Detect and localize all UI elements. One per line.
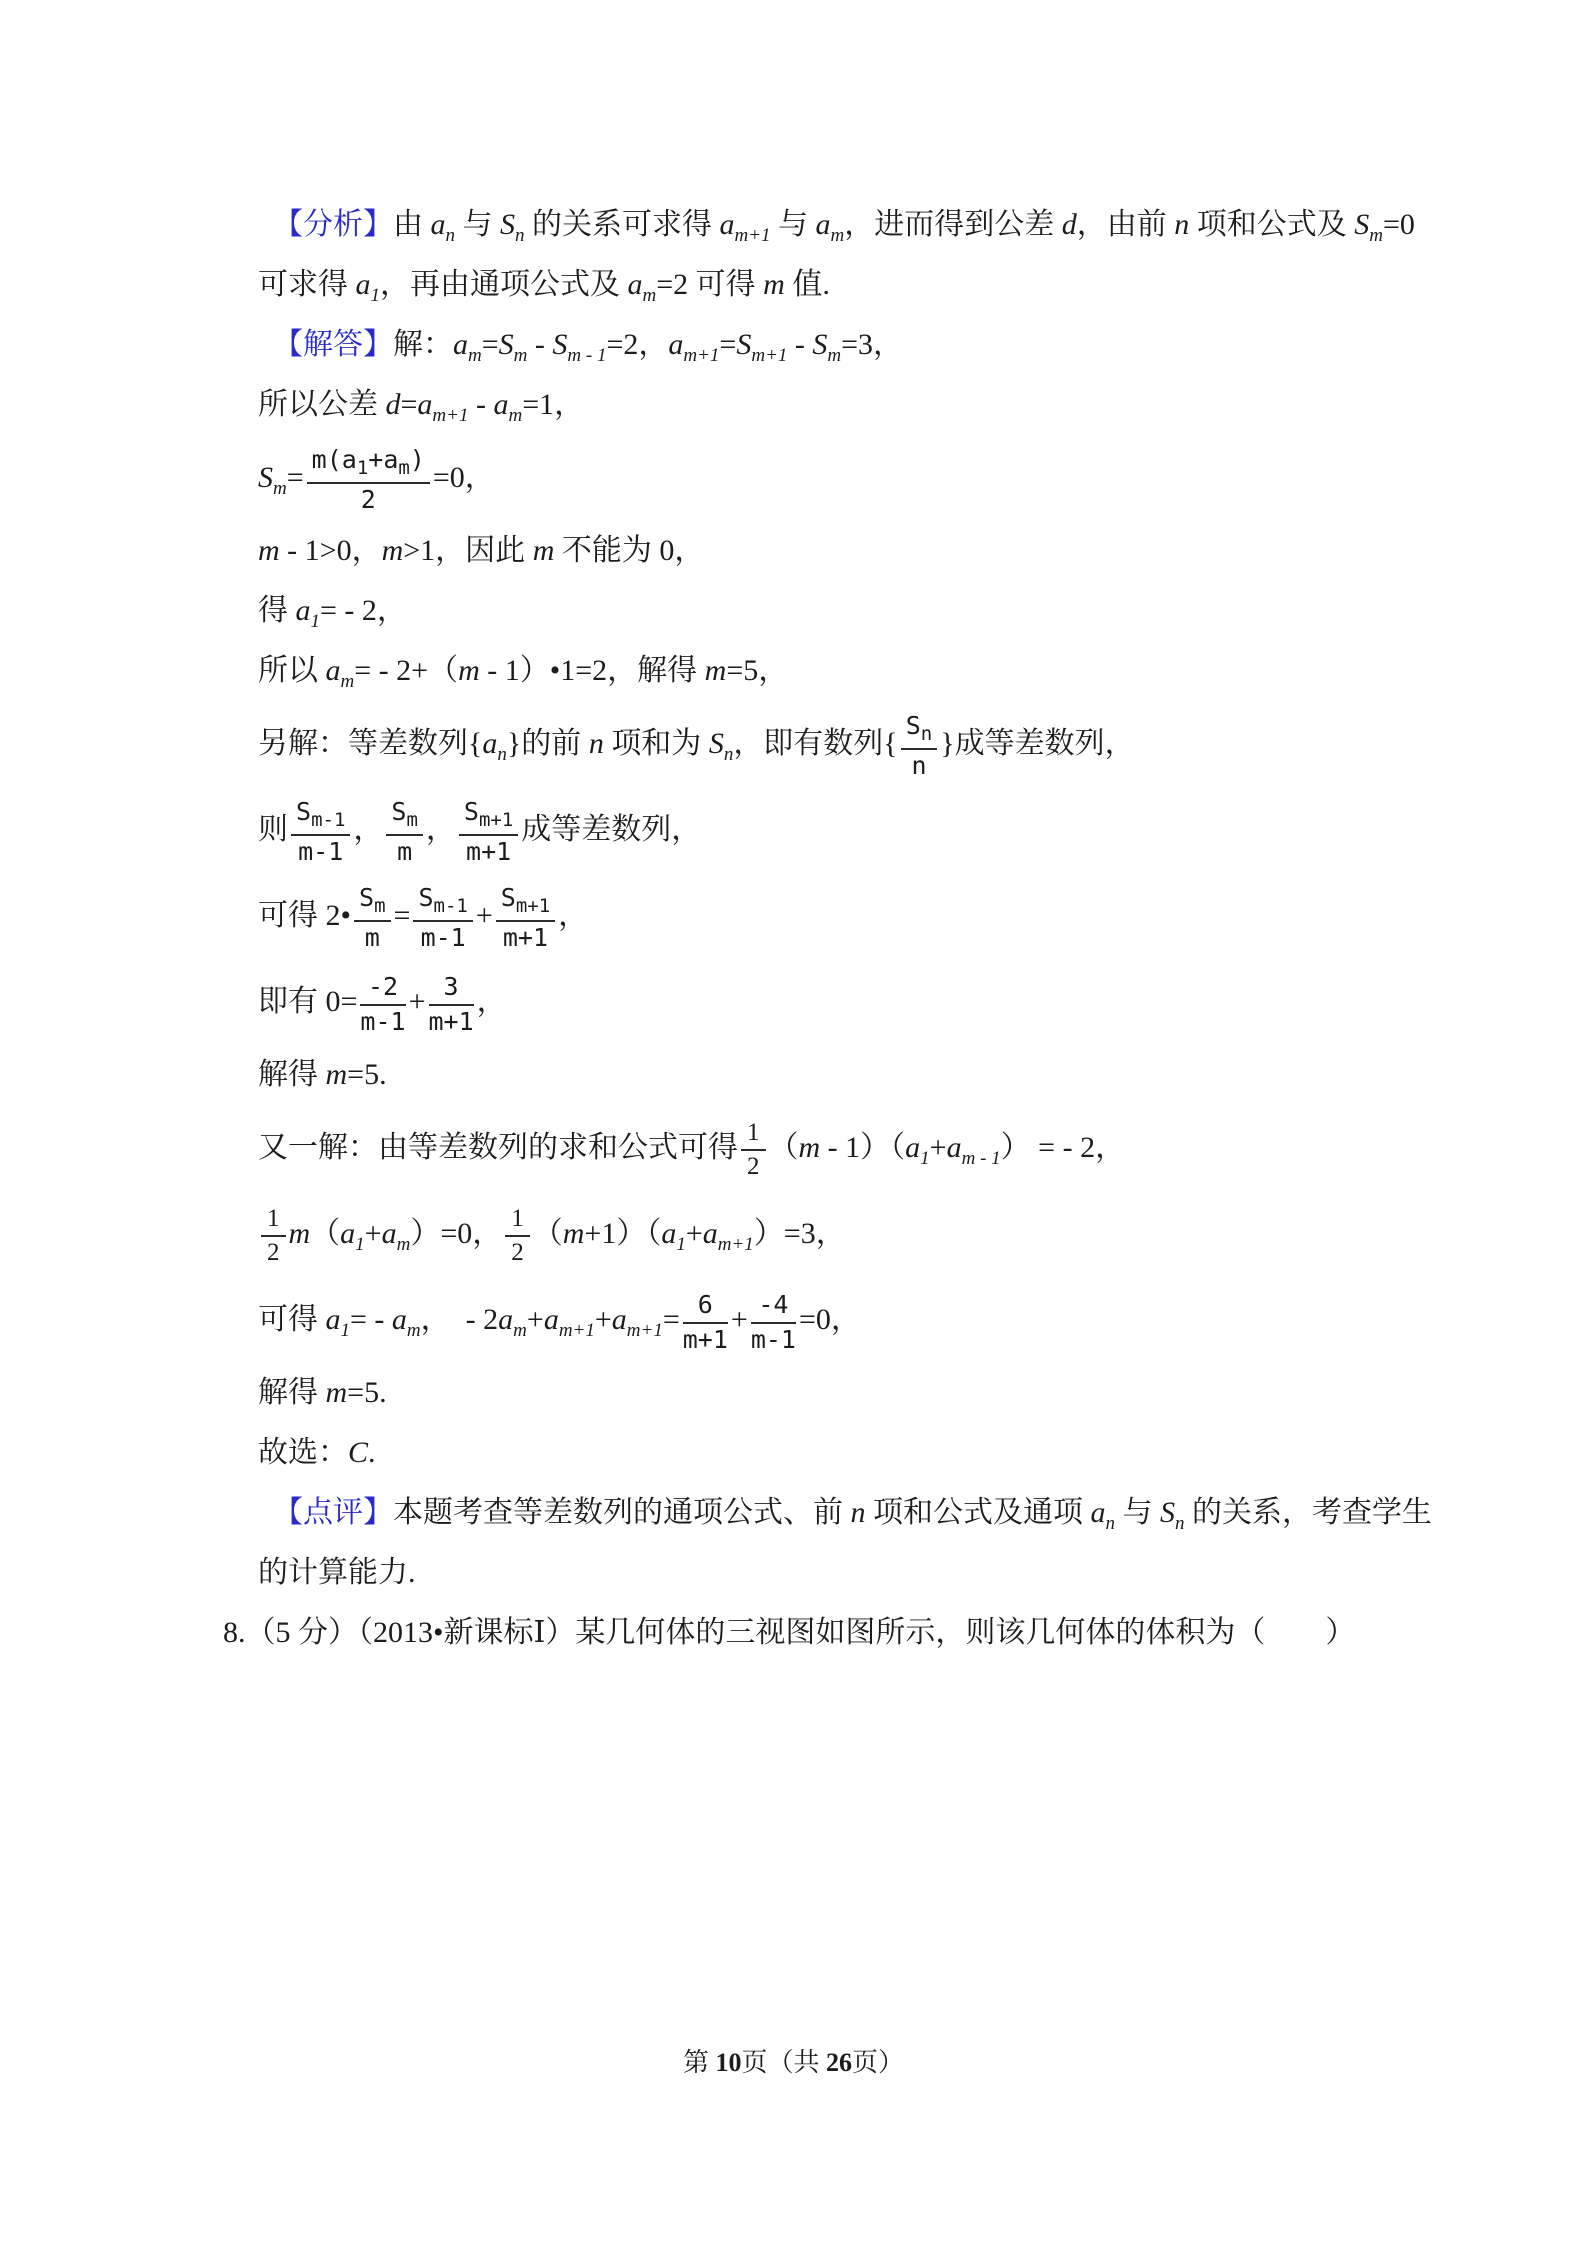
- text-run: ，即有数列{: [733, 727, 897, 760]
- text-run: 项和为: [604, 727, 709, 760]
- fraction: 6m+1: [683, 1291, 728, 1354]
- math-subscript: m: [468, 345, 482, 366]
- text-run: m+1: [683, 1325, 728, 1354]
- text-run: 项和公式及通项: [866, 1496, 1091, 1529]
- math-subscript: m - 1: [567, 345, 606, 366]
- fraction-denominator: 2: [505, 1237, 530, 1267]
- text-run: 得: [258, 594, 296, 627]
- fraction-one-half: 12: [741, 1119, 766, 1181]
- solution-step-sum-formula: Sm=m(a1+am)2=0，: [258, 435, 1413, 521]
- solve-m-line-2: 解得 m=5.: [258, 1045, 1413, 1105]
- text-run: =0，: [433, 461, 495, 494]
- math-subscript: m+1: [516, 895, 550, 917]
- text-run: 不能为 0，: [554, 534, 704, 567]
- math-variable: m: [563, 1217, 585, 1250]
- fraction-denominator: m-1: [291, 836, 350, 866]
- math-subscript: m: [407, 1320, 421, 1341]
- fraction-numerator: -2: [360, 973, 405, 1006]
- fraction-one-half: 12: [261, 1205, 286, 1267]
- math-variable: a: [1091, 1496, 1106, 1529]
- section-label: 【点评】: [273, 1496, 393, 1529]
- math-variable: m: [763, 268, 785, 301]
- middle-term-equation-line: 可得 2•Smm=Sm-1m-1+Sm+1m+1，: [258, 873, 1413, 959]
- math-subscript: m - 1: [962, 1148, 1001, 1169]
- fraction: Snn: [901, 712, 938, 780]
- text-run: =: [287, 461, 304, 494]
- math-variable: a: [668, 328, 683, 361]
- text-run: 8.（5 分）（2013•新课标Ⅰ）某几何体的三视图如图所示，则该几何体的体积为…: [223, 1616, 1355, 1649]
- text-run: +: [686, 1217, 703, 1250]
- text-run: 与: [1115, 1496, 1160, 1529]
- answer-choice-line: 故选：C.: [258, 1423, 1413, 1483]
- text-run: +: [731, 1303, 748, 1336]
- fraction-denominator: n: [901, 750, 938, 780]
- text-run: m: [365, 923, 380, 952]
- fraction: Sm+1m+1: [459, 798, 518, 866]
- math-variable: m: [326, 1376, 348, 1409]
- fraction-numerator: Sn: [901, 712, 938, 750]
- text-run: S: [391, 797, 406, 826]
- text-run: =: [482, 328, 499, 361]
- fraction-denominator: 2: [307, 484, 430, 514]
- text-run: ): [410, 445, 425, 474]
- text-run: 可求得: [258, 268, 356, 301]
- fraction: Smm: [354, 884, 391, 952]
- fraction: m(a1+am)2: [307, 446, 430, 514]
- math-variable: a: [947, 1131, 962, 1164]
- math-subscript: m: [643, 285, 657, 306]
- solution-step-a1: 得 a1= - 2，: [258, 581, 1413, 641]
- text-run: 与: [455, 208, 500, 241]
- fraction-one-half: 12: [505, 1205, 530, 1267]
- fraction-numerator: Sm: [386, 798, 423, 836]
- text-run: +: [476, 899, 493, 932]
- math-subscript: m-1: [434, 895, 468, 917]
- math-variable: a: [544, 1303, 559, 1336]
- analysis-line-2: 可求得 a1，再由通项公式及 am=2 可得 m 值.: [258, 255, 1413, 315]
- text-run: m(a: [312, 445, 357, 474]
- math-subscript: m: [273, 478, 287, 499]
- math-subscript: m: [341, 671, 355, 692]
- math-subscript: m: [397, 1234, 411, 1255]
- text-run: =3，: [841, 328, 903, 361]
- fraction-denominator: m+1: [496, 922, 555, 952]
- text-run: m+1: [503, 923, 548, 952]
- text-run: 解得: [258, 1376, 326, 1409]
- math-variable: m: [382, 534, 404, 567]
- text-run: （: [769, 1131, 799, 1164]
- text-run: 6: [698, 1290, 713, 1319]
- text-run: ） = - 2，: [1001, 1131, 1125, 1164]
- math-variable: a: [816, 208, 831, 241]
- math-variable: a: [498, 1303, 513, 1336]
- fraction-numerator: 1: [741, 1119, 766, 1151]
- text-run: +: [365, 1217, 382, 1250]
- footer-total-pages: 26: [826, 2048, 852, 2077]
- text-run: .: [368, 1436, 376, 1469]
- text-run: 3: [444, 972, 459, 1001]
- math-subscript: 1: [311, 611, 321, 632]
- text-run: +: [930, 1131, 947, 1164]
- math-variable: d: [1062, 208, 1077, 241]
- math-variable: a: [392, 1303, 407, 1336]
- second-alternative-line-1: 又一解：由等差数列的求和公式可得12（m - 1）（a1+am - 1） = -…: [258, 1105, 1413, 1191]
- text-run: =: [401, 388, 418, 421]
- text-run: m+1: [466, 837, 511, 866]
- text-run: +: [595, 1303, 612, 1336]
- math-variable: a: [431, 208, 446, 241]
- text-run: 的计算能力.: [258, 1556, 416, 1589]
- math-variable: S: [258, 461, 273, 494]
- second-alternative-line-2: 12m（a1+am）=0，12（m+1）（a1+am+1）=3，: [258, 1191, 1413, 1277]
- math-variable: m: [533, 534, 555, 567]
- math-subscript: 1: [676, 1234, 686, 1255]
- fraction-denominator: m: [386, 836, 423, 866]
- text-run: 2: [361, 485, 376, 514]
- fraction-numerator: m(a1+am): [307, 446, 430, 484]
- math-variable: a: [340, 1217, 355, 1250]
- text-run: =5.: [347, 1376, 386, 1409]
- fraction-numerator: Sm-1: [291, 798, 350, 836]
- text-run: S: [296, 797, 311, 826]
- text-run: 成等差数列，: [521, 813, 701, 846]
- text-run: （: [533, 1217, 563, 1250]
- text-run: =: [719, 328, 736, 361]
- math-variable: a: [612, 1303, 627, 1336]
- math-subscript: m+1: [735, 225, 771, 246]
- fraction-numerator: Sm: [354, 884, 391, 922]
- text-run: m+1: [429, 1007, 474, 1036]
- text-run: ，由前: [1077, 208, 1175, 241]
- text-run: 的关系可求得: [525, 208, 720, 241]
- math-variable: a: [720, 208, 735, 241]
- comment-line-1: 【点评】本题考查等差数列的通项公式、前 n 项和公式及通项 an 与 Sn 的关…: [258, 1483, 1413, 1543]
- text-run: S: [464, 797, 479, 826]
- text-run: 即有 0=: [258, 985, 357, 1018]
- fraction-numerator: 6: [683, 1291, 728, 1324]
- text-run: -: [527, 328, 552, 361]
- text-run: 故选：: [258, 1436, 348, 1469]
- math-variable: S: [499, 328, 514, 361]
- math-subscript: 1: [355, 1234, 365, 1255]
- answer-line-1: 【解答】解：am=Sm - Sm - 1=2，am+1=Sm+1 - Sm=3，: [258, 315, 1413, 375]
- text-run: =5.: [347, 1058, 386, 1091]
- math-variable: a: [296, 594, 311, 627]
- math-subscript: n: [497, 744, 507, 765]
- page-footer: 第 10页（共 26页）: [0, 2042, 1587, 2079]
- fraction-denominator: m: [354, 922, 391, 952]
- math-subscript: n: [515, 225, 525, 246]
- solve-m-line-3: 解得 m=5.: [258, 1363, 1413, 1423]
- text-run: +: [527, 1303, 544, 1336]
- fraction-denominator: 2: [741, 1151, 766, 1181]
- text-run: =2 可得: [656, 268, 763, 301]
- text-run: =2，: [606, 328, 668, 361]
- math-subscript: m: [513, 1320, 527, 1341]
- text-run: =: [663, 1303, 680, 1336]
- text-run: m-1: [360, 1007, 405, 1036]
- math-variable: a: [493, 388, 508, 421]
- math-variable: S: [709, 727, 724, 760]
- fraction-denominator: m-1: [360, 1006, 405, 1036]
- fraction-denominator: m+1: [459, 836, 518, 866]
- text-run: = -: [350, 1303, 392, 1336]
- text-run: m-1: [298, 837, 343, 866]
- math-subscript: m: [398, 457, 409, 479]
- math-subscript: 1: [341, 1320, 351, 1341]
- text-run: ，再由通项公式及: [380, 268, 628, 301]
- math-subscript: m: [406, 809, 417, 831]
- footer-mid: 页（共: [741, 2048, 826, 2077]
- fraction: Smm: [386, 798, 423, 866]
- text-run: =1，: [522, 388, 584, 421]
- text-run: 值.: [785, 268, 830, 301]
- math-subscript: 1: [371, 285, 381, 306]
- text-run: m-1: [421, 923, 466, 952]
- math-variable: a: [326, 654, 341, 687]
- math-variable: a: [661, 1217, 676, 1250]
- math-subscript: 1: [357, 457, 368, 479]
- math-variable: m: [258, 534, 280, 567]
- math-variable: a: [326, 1303, 341, 1336]
- math-subscript: m: [508, 405, 522, 426]
- text-run: 由: [393, 208, 431, 241]
- text-run: - 1>0，: [280, 534, 382, 567]
- math-subscript: m+1: [718, 1234, 754, 1255]
- math-variable: S: [1160, 1496, 1175, 1529]
- fraction-denominator: m-1: [413, 922, 472, 952]
- document-content: 【分析】由 an 与 Sn 的关系可求得 am+1 与 am，进而得到公差 d，…: [258, 195, 1413, 1663]
- text-run: = - 2+（: [354, 654, 458, 687]
- text-run: +1）（: [584, 1217, 661, 1250]
- math-variable: S: [552, 328, 567, 361]
- math-variable: a: [482, 727, 497, 760]
- text-run: ，进而得到公差: [844, 208, 1062, 241]
- text-run: 又一解：由等差数列的求和公式可得: [258, 1131, 738, 1164]
- text-run: -: [468, 388, 493, 421]
- text-run: 则: [258, 813, 288, 846]
- math-subscript: m: [1369, 225, 1383, 246]
- math-subscript: n: [921, 723, 932, 745]
- text-run: =: [394, 899, 411, 932]
- text-run: m-1: [751, 1325, 796, 1354]
- math-variable: S: [812, 328, 827, 361]
- math-variable: S: [1354, 208, 1369, 241]
- text-run: = - 2，: [320, 594, 407, 627]
- math-variable: a: [417, 388, 432, 421]
- text-run: - 1）（: [820, 1131, 905, 1164]
- math-subscript: m+1: [683, 345, 719, 366]
- text-run: S: [906, 711, 921, 740]
- footer-page-number: 10: [715, 2048, 741, 2077]
- text-run: 项和公式及: [1189, 208, 1354, 241]
- fraction-denominator: m+1: [429, 1006, 474, 1036]
- text-run: S: [501, 883, 516, 912]
- fraction-numerator: 1: [261, 1205, 286, 1237]
- text-run: - 1）•1=2，解得: [480, 654, 705, 687]
- text-run: m: [397, 837, 412, 866]
- solution-step-common-difference: 所以公差 d=am+1 - am=1，: [258, 375, 1413, 435]
- footer-suffix: 页）: [852, 2048, 904, 2077]
- math-subscript: n: [1106, 1513, 1116, 1534]
- math-variable: d: [386, 388, 401, 421]
- text-run: 与: [771, 208, 816, 241]
- text-run: -: [787, 328, 812, 361]
- solution-step-m-condition: m - 1>0，m>1，因此 m 不能为 0，: [258, 521, 1413, 581]
- text-run: 另解：等差数列{: [258, 727, 482, 760]
- math-variable: a: [905, 1131, 920, 1164]
- fraction-numerator: 3: [429, 973, 474, 1006]
- text-run: =5，: [726, 654, 788, 687]
- text-run: =0: [1383, 208, 1415, 241]
- document-page: 【分析】由 an 与 Sn 的关系可求得 am+1 与 am，进而得到公差 d，…: [0, 0, 1587, 2245]
- fraction-numerator: Sm-1: [413, 884, 472, 922]
- text-run: ）=0，: [410, 1217, 502, 1250]
- fraction: -2m-1: [360, 973, 405, 1036]
- text-run: 可得 2•: [258, 899, 351, 932]
- alternative-solution-line: 另解：等差数列{an}的前 n 项和为 Sn，即有数列{Snn}成等差数列，: [258, 701, 1413, 787]
- math-variable: n: [589, 727, 604, 760]
- math-subscript: n: [1175, 1513, 1185, 1534]
- text-run: ，: [426, 813, 456, 846]
- text-run: n: [911, 751, 926, 780]
- text-run: S: [418, 883, 433, 912]
- math-variable: C: [348, 1436, 368, 1469]
- text-run: =0，: [799, 1303, 861, 1336]
- math-subscript: m+1: [559, 1320, 595, 1341]
- text-run: ，: [353, 813, 383, 846]
- text-run: }的前: [507, 727, 589, 760]
- fraction-numerator: -4: [751, 1291, 796, 1324]
- text-run: +a: [368, 445, 398, 474]
- math-variable: a: [453, 328, 468, 361]
- text-run: 解：: [393, 328, 453, 361]
- math-subscript: 1: [920, 1148, 930, 1169]
- text-run: ，: [558, 899, 588, 932]
- text-run: 可得: [258, 1303, 326, 1336]
- footer-prefix: 第: [683, 2048, 716, 2077]
- question-8-line: 8.（5 分）（2013•新课标Ⅰ）某几何体的三视图如图所示，则该几何体的体积为…: [223, 1603, 1413, 1663]
- text-run: 所以公差: [258, 388, 386, 421]
- fraction: -4m-1: [751, 1291, 796, 1354]
- math-variable: n: [1174, 208, 1189, 241]
- solution-step-solve-m: 所以 am= - 2+（m - 1）•1=2，解得 m=5，: [258, 641, 1413, 701]
- text-run: }成等差数列，: [940, 727, 1134, 760]
- math-variable: m: [289, 1217, 311, 1250]
- fraction-denominator: 2: [261, 1237, 286, 1267]
- text-run: 的关系，考查学生: [1185, 1496, 1433, 1529]
- fraction-numerator: Sm+1: [496, 884, 555, 922]
- math-variable: a: [628, 268, 643, 301]
- fraction-numerator: Sm+1: [459, 798, 518, 836]
- analysis-line-1: 【分析】由 an 与 Sn 的关系可求得 am+1 与 am，进而得到公差 d，…: [258, 195, 1413, 255]
- math-variable: a: [356, 268, 371, 301]
- math-variable: S: [500, 208, 515, 241]
- math-variable: n: [851, 1496, 866, 1529]
- text-run: +: [409, 985, 426, 1018]
- math-subscript: m: [827, 345, 841, 366]
- fraction-denominator: m-1: [751, 1324, 796, 1354]
- math-variable: a: [703, 1217, 718, 1250]
- text-run: ，: [477, 985, 507, 1018]
- text-run: ）=3，: [754, 1217, 846, 1250]
- text-run: 解得: [258, 1058, 326, 1091]
- section-label: 【解答】: [273, 328, 393, 361]
- fraction-numerator: 1: [505, 1205, 530, 1237]
- fraction-denominator: m+1: [683, 1324, 728, 1354]
- text-run: >1，因此: [403, 534, 532, 567]
- text-run: （: [310, 1217, 340, 1250]
- math-subscript: m-1: [311, 809, 345, 831]
- math-subscript: m+1: [627, 1320, 663, 1341]
- math-variable: m: [326, 1058, 348, 1091]
- text-run: S: [359, 883, 374, 912]
- fraction: Sm+1m+1: [496, 884, 555, 952]
- comment-line-2: 的计算能力.: [258, 1543, 1413, 1603]
- math-variable: a: [382, 1217, 397, 1250]
- math-variable: m: [458, 654, 480, 687]
- math-subscript: m+1: [479, 809, 513, 831]
- simplified-equation-line: 即有 0=-2m-1+3m+1，: [258, 959, 1413, 1045]
- math-subscript: m: [514, 345, 528, 366]
- text-run: 本题考查等差数列的通项公式、前: [393, 1496, 851, 1529]
- section-label: 【分析】: [273, 208, 393, 241]
- math-variable: m: [799, 1131, 821, 1164]
- fraction: 3m+1: [429, 973, 474, 1036]
- text-run: ， - 2: [421, 1303, 499, 1336]
- math-variable: S: [736, 328, 751, 361]
- fraction: Sm-1m-1: [413, 884, 472, 952]
- text-run: -2: [368, 972, 398, 1001]
- fraction: Sm-1m-1: [291, 798, 350, 866]
- math-variable: m: [705, 654, 727, 687]
- arithmetic-sequence-terms-line: 则Sm-1m-1，Smm，Sm+1m+1成等差数列，: [258, 787, 1413, 873]
- second-alternative-line-3: 可得 a1= - am， - 2am+am+1+am+1=6m+1+-4m-1=…: [258, 1277, 1413, 1363]
- math-subscript: m+1: [751, 345, 787, 366]
- math-subscript: m: [374, 895, 385, 917]
- math-subscript: m+1: [432, 405, 468, 426]
- text-run: -4: [758, 1290, 788, 1319]
- text-run: 所以: [258, 654, 326, 687]
- math-subscript: n: [446, 225, 456, 246]
- math-subscript: m: [831, 225, 845, 246]
- math-subscript: n: [724, 744, 734, 765]
